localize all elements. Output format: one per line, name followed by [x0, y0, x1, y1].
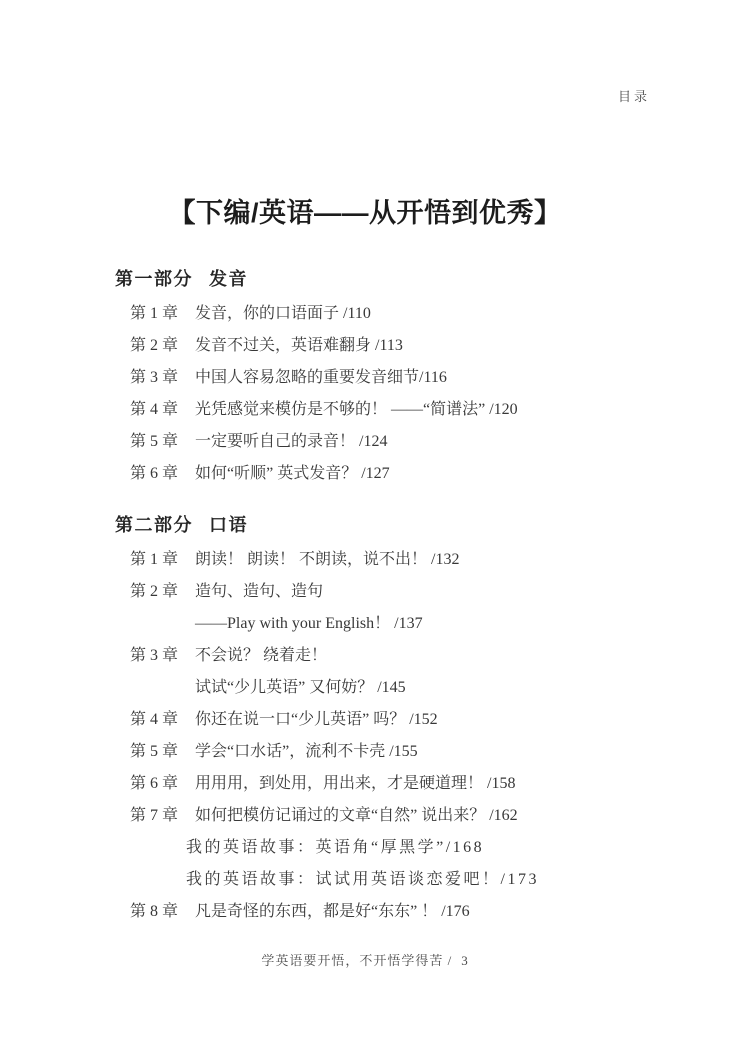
chapter-title: 光凭感觉来模仿是不够的！ ——“简谱法” /120 — [195, 400, 682, 420]
section-heading: 第一部分发音 — [115, 268, 682, 290]
entry-title: 用用用，到处用，用出来，才是硬道理！ — [195, 775, 483, 792]
toc-entry: 我的英语故事：试试用英语谈恋爱吧！/173 — [115, 870, 682, 890]
toc-entry: 第 2 章发音不过关，英语难翻身 /113 — [115, 336, 682, 356]
chapter-title: 造句、造句、造句 — [195, 582, 682, 602]
chapter-title: 中国人容易忽略的重要发音细节/116 — [195, 368, 682, 388]
toc-entry: 我的英语故事：英语角“厚黑学”/168 — [115, 838, 682, 858]
chapter-title: 如何把模仿记诵过的文章“自然” 说出来？ /162 — [195, 806, 682, 826]
entry-title: 造句、造句、造句 — [195, 583, 323, 600]
entry-title: 发音不过关，英语难翻身 — [195, 337, 371, 354]
entry-title: 凡是奇怪的东西，都是好“东东” ！ — [195, 903, 437, 920]
chapter-title: 发音，你的口语面子 /110 — [195, 304, 682, 324]
toc-entry: 第 3 章中国人容易忽略的重要发音细节/116 — [115, 368, 682, 388]
footer-page-number: 3 — [461, 953, 469, 968]
chapter-number-label: 第 1 章 — [130, 550, 195, 570]
toc-entry: 第 5 章学会“口水话”，流利不卡壳 /155 — [115, 742, 682, 762]
entry-title: 中国人容易忽略的重要发音细节 — [195, 369, 419, 386]
section-heading-label: 第一部分 — [115, 269, 193, 289]
footer-motto: 学英语要开悟，不开悟学得苦 / — [261, 953, 452, 968]
corner-label-toc: 目录 — [618, 86, 650, 105]
entry-page-number: /137 — [390, 615, 422, 632]
chapter-title: 如何“听顺” 英式发音？ /127 — [195, 464, 682, 484]
entry-page-number: /132 — [427, 551, 459, 568]
chapter-number-label: 第 1 章 — [130, 304, 195, 324]
chapter-title: 朗读！ 朗读！ 不朗读，说不出！ /132 — [195, 550, 682, 570]
page-title: 【下编/英语——从开悟到优秀】 — [0, 191, 730, 230]
toc-entry: 第 1 章发音，你的口语面子 /110 — [115, 304, 682, 324]
entry-page-number: /162 — [485, 807, 517, 824]
entry-page-number: /173 — [501, 871, 539, 888]
chapter-number-label: 第 5 章 — [130, 742, 195, 762]
chapter-number-label: 第 7 章 — [130, 806, 195, 826]
entry-title: ——Play with your English！ — [195, 615, 390, 632]
chapter-number-label: 第 3 章 — [130, 646, 195, 666]
entry-page-number: /110 — [339, 305, 371, 322]
entry-page-number: /152 — [405, 711, 437, 728]
chapter-title: 一定要听自己的录音！ /124 — [195, 432, 682, 452]
section-heading: 第二部分口语 — [115, 514, 682, 536]
entry-title: 如何“听顺” 英式发音？ — [195, 465, 357, 482]
toc-entry: 第 4 章光凭感觉来模仿是不够的！ ——“简谱法” /120 — [115, 400, 682, 420]
chapter-title: 发音不过关，英语难翻身 /113 — [195, 336, 682, 356]
entry-page-number: /127 — [357, 465, 389, 482]
chapter-title: 你还在说一口“少儿英语” 吗？ /152 — [195, 710, 682, 730]
toc-section: 第二部分口语第 1 章朗读！ 朗读！ 不朗读，说不出！ /132第 2 章造句、… — [115, 514, 682, 922]
section-heading-title: 发音 — [209, 269, 248, 289]
toc-entry: 第 4 章你还在说一口“少儿英语” 吗？ /152 — [115, 710, 682, 730]
entry-page-number: /155 — [385, 743, 417, 760]
chapter-title: 不会说？ 绕着走！ — [195, 646, 682, 666]
section-heading-title: 口语 — [209, 515, 248, 535]
toc-entry: 第 1 章朗读！ 朗读！ 不朗读，说不出！ /132 — [115, 550, 682, 570]
chapter-number-label: 第 6 章 — [130, 464, 195, 484]
toc-entry: 第 6 章用用用，到处用，用出来，才是硬道理！ /158 — [115, 774, 682, 794]
entry-page-number: /176 — [437, 903, 469, 920]
toc-entry: 第 2 章造句、造句、造句 — [115, 582, 682, 602]
entry-title: 试试“少儿英语” 又何妨？ — [195, 679, 373, 696]
entry-title: 我的英语故事：试试用英语谈恋爱吧！ — [186, 871, 501, 888]
toc-entry: 第 5 章一定要听自己的录音！ /124 — [115, 432, 682, 452]
toc-section: 第一部分发音第 1 章发音，你的口语面子 /110第 2 章发音不过关，英语难翻… — [115, 268, 682, 484]
section-heading-label: 第二部分 — [115, 515, 193, 535]
entry-page-number: /158 — [483, 775, 515, 792]
entry-page-number: /116 — [419, 369, 447, 386]
chapter-title: 学会“口水话”，流利不卡壳 /155 — [195, 742, 682, 762]
entry-page-number: /113 — [371, 337, 403, 354]
entry-title: 我的英语故事：英语角“厚黑学” — [186, 839, 446, 856]
entry-page-number: /145 — [373, 679, 405, 696]
chapter-title: 凡是奇怪的东西，都是好“东东” ！ /176 — [195, 902, 682, 922]
entry-title: 一定要听自己的录音！ — [195, 433, 355, 450]
toc-entry: 第 6 章如何“听顺” 英式发音？ /127 — [115, 464, 682, 484]
entry-title: 不会说？ 绕着走！ — [195, 647, 327, 664]
toc-sections: 第一部分发音第 1 章发音，你的口语面子 /110第 2 章发音不过关，英语难翻… — [115, 268, 682, 934]
chapter-number-label: 第 4 章 — [130, 400, 195, 420]
toc-entry: 第 3 章不会说？ 绕着走！ — [115, 646, 682, 666]
entry-title: 你还在说一口“少儿英语” 吗？ — [195, 711, 405, 728]
entry-page-number: /124 — [355, 433, 387, 450]
toc-entry: 第 7 章如何把模仿记诵过的文章“自然” 说出来？ /162 — [115, 806, 682, 826]
toc-entry: 第 8 章凡是奇怪的东西，都是好“东东” ！ /176 — [115, 902, 682, 922]
chapter-number-label: 第 4 章 — [130, 710, 195, 730]
entry-page-number: /120 — [485, 401, 517, 418]
toc-entry: ——Play with your English！ /137 — [115, 614, 682, 634]
chapter-number-label: 第 2 章 — [130, 336, 195, 356]
entry-title: 发音，你的口语面子 — [195, 305, 339, 322]
chapter-title: 用用用，到处用，用出来，才是硬道理！ /158 — [195, 774, 682, 794]
toc-entry: 试试“少儿英语” 又何妨？ /145 — [115, 678, 682, 698]
chapter-number-label: 第 3 章 — [130, 368, 195, 388]
entry-title: 学会“口水话”，流利不卡壳 — [195, 743, 385, 760]
scanned-toc-page: 目录 【下编/英语——从开悟到优秀】 第一部分发音第 1 章发音，你的口语面子 … — [0, 0, 730, 1045]
page-footer: 学英语要开悟，不开悟学得苦 /3 — [0, 950, 730, 969]
chapter-number-label: 第 2 章 — [130, 582, 195, 602]
chapter-number-label: 第 8 章 — [130, 902, 195, 922]
chapter-number-label: 第 5 章 — [130, 432, 195, 452]
entry-title: 如何把模仿记诵过的文章“自然” 说出来？ — [195, 807, 485, 824]
entry-title: 朗读！ 朗读！ 不朗读，说不出！ — [195, 551, 427, 568]
chapter-number-label: 第 6 章 — [130, 774, 195, 794]
entry-title: 光凭感觉来模仿是不够的！ ——“简谱法” — [195, 401, 485, 418]
entry-page-number: /168 — [446, 839, 484, 856]
